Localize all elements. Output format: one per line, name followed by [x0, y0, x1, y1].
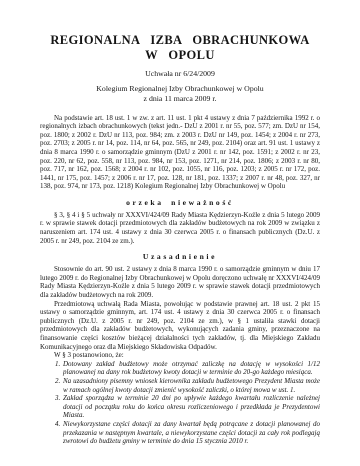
- ruling-paragraph: § 3, § 4 i § 5 uchwały nr XXXVI/424/09 R…: [40, 211, 320, 245]
- document-title-line2: W OPOLU: [145, 48, 215, 62]
- justification-heading: Uzasadnienie: [40, 252, 320, 261]
- provision-item-3: Zakład sporządza w terminie 20 dni po up…: [62, 394, 320, 420]
- provision-item-1: Dotowany zakład budżetowy może otrzymać …: [62, 360, 320, 377]
- justification-paragraph-1: Stosownie do art. 90 ust. 2 ustawy z dni…: [40, 265, 320, 299]
- resolution-date: z dnia 11 marca 2009 r.: [40, 94, 320, 103]
- ruling-heading: orzeka nieważność: [40, 198, 320, 207]
- issuing-body: Kolegium Regionalnej Izby Obrachunkowej …: [40, 84, 320, 93]
- document-title: REGIONALNA IZBA OBRACHUNKOWA W OPOLU: [40, 33, 320, 63]
- provisions-list: Dotowany zakład budżetowy może otrzymać …: [48, 360, 320, 446]
- legal-basis-paragraph: Na podstawie art. 18 ust. 1 w zw. z art.…: [40, 114, 320, 191]
- provisions-intro: W § 3 postanowiono, że:: [40, 351, 320, 360]
- provision-item-4: Niewykorzystane części dotacji za dany k…: [62, 420, 320, 446]
- resolution-number: Uchwała nr 6/24/2009: [40, 69, 320, 78]
- provision-item-2: Na uzasadniony pisemny wniosek kierownik…: [62, 377, 320, 394]
- justification-paragraph-2: Przedmiotową uchwałą Rada Miasta, powołu…: [40, 300, 320, 352]
- document-title-line1: REGIONALNA IZBA OBRACHUNKOWA: [50, 33, 309, 47]
- document-page: REGIONALNA IZBA OBRACHUNKOWA W OPOLU Uch…: [0, 0, 360, 466]
